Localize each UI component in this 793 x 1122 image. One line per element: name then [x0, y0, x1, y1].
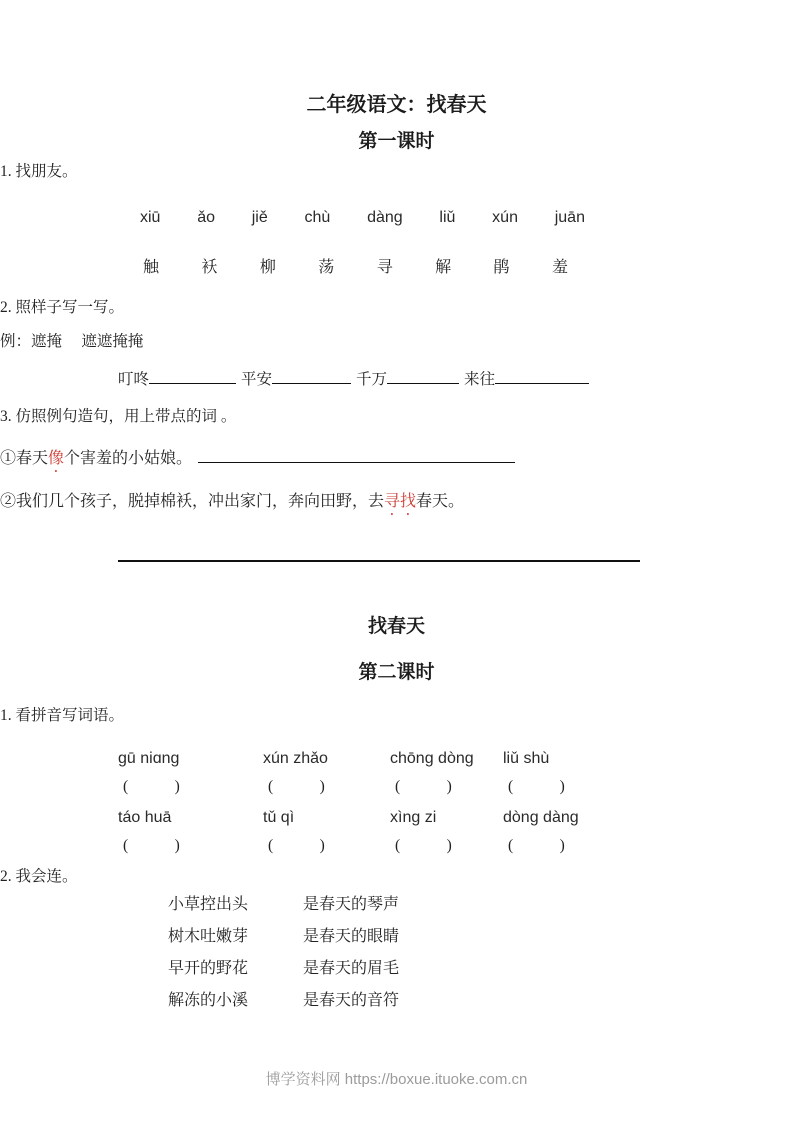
example-sentence-2: ②我们几个孩子，脱掉棉袄，冲出家门，奔向田野，去寻找春天。 [0, 491, 522, 519]
answer-parentheses: ( ) [503, 835, 653, 857]
character-item: 鹃 [494, 257, 510, 279]
pinyin-item: juān [555, 207, 585, 229]
character-item: 寻 [377, 257, 393, 279]
match-right-item: 是春天的琴声 [303, 894, 399, 916]
pinyin-prompt: gū niɑng [118, 748, 263, 770]
emphasized-word: 寻找 [384, 493, 416, 510]
pinyin-prompt: chōng dòng [390, 748, 503, 770]
match-left-item: 小草控出头 [168, 894, 303, 916]
character-item: 荡 [318, 257, 334, 279]
answer-parentheses: ( ) [503, 776, 653, 798]
pinyin-item: xiū [140, 207, 160, 229]
lesson1-heading: 第一课时 [0, 128, 793, 156]
answer-parentheses: ( ) [118, 835, 263, 857]
sentence-text: 个害羞的小姑娘。 [64, 450, 192, 467]
p2-q1-label: 1. 看拼音写词语。 [0, 705, 522, 727]
answer-parentheses: ( ) [263, 776, 390, 798]
pinyin-item: liǔ [439, 207, 455, 229]
lesson2-heading: 第二课时 [0, 659, 793, 687]
pinyin-item: dàng [367, 207, 403, 229]
word-label: 来往 [464, 371, 495, 388]
match-row: 早开的野花 是春天的眉毛 [168, 958, 793, 980]
match-row: 解冻的小溪 是春天的音符 [168, 990, 793, 1012]
blank-group: 叮咚 [118, 367, 236, 391]
answer-parentheses: ( ) [390, 835, 503, 857]
pinyin-cell: dòng dàng ( ) [503, 807, 653, 857]
answer-blank [198, 446, 515, 463]
matching-exercise: 小草控出头 是春天的琴声 树木吐嫩芽 是春天的眼睛 早开的野花 是春天的眉毛 解… [168, 894, 793, 1012]
character-item: 触 [143, 257, 159, 279]
match-left-item: 解冻的小溪 [168, 990, 303, 1012]
answer-blank [149, 367, 236, 384]
pinyin-cell: xìng zi ( ) [390, 807, 503, 857]
match-row: 小草控出头 是春天的琴声 [168, 894, 793, 916]
pinyin-prompt: xìng zi [390, 807, 503, 829]
pinyin-item: xún [492, 207, 518, 229]
pinyin-prompt: dòng dàng [503, 807, 653, 829]
character-item: 袄 [201, 257, 217, 279]
q2-example: 例：遮掩 遮遮掩掩 [0, 331, 522, 353]
answer-parentheses: ( ) [390, 776, 503, 798]
pinyin-cell: gū niɑng ( ) [118, 748, 263, 798]
q2-label: 2. 照样子写一写。 [0, 297, 522, 319]
answer-parentheses: ( ) [118, 776, 263, 798]
match-row: 树木吐嫩芽 是春天的眼睛 [168, 926, 793, 948]
pinyin-item: jiě [252, 207, 268, 229]
character-item: 羞 [552, 257, 568, 279]
footer-watermark-link[interactable]: 博学资料网 https://boxue.ituoke.com.cn [0, 1069, 793, 1091]
q3-label: 3. 仿照例句造句，用上带点的词 。 [0, 406, 522, 428]
example-sentence-1: ①春天像个害羞的小姑娘。 [0, 446, 522, 476]
section-divider [118, 560, 640, 562]
match-right-item: 是春天的音符 [303, 990, 399, 1012]
pinyin-cell: táo huā ( ) [118, 807, 263, 857]
answer-blank [495, 367, 589, 384]
word-label: 平安 [241, 371, 272, 388]
pinyin-prompt: xún zhǎo [263, 748, 390, 770]
character-item: 解 [435, 257, 451, 279]
pinyin-writing-grid: gū niɑng ( ) xún zhǎo ( ) chōng dòng ( )… [118, 748, 653, 857]
sentence-text: ②我们几个孩子，脱掉棉袄，冲出家门，奔向田野，去 [0, 493, 384, 510]
sentence-text: ①春天 [0, 450, 48, 467]
q1-label: 1. 找朋友。 [0, 161, 522, 183]
match-left-item: 树木吐嫩芽 [168, 926, 303, 948]
pinyin-cell: xún zhǎo ( ) [263, 748, 390, 798]
blank-group: 平安 [241, 367, 351, 391]
p2-q2-label: 2. 我会连。 [0, 866, 522, 888]
pinyin-prompt: liǔ shù [503, 748, 653, 770]
character-item: 柳 [260, 257, 276, 279]
q2-blanks-row: 叮咚 平安 千万 来往 [118, 367, 640, 391]
match-left-item: 早开的野花 [168, 958, 303, 980]
answer-parentheses: ( ) [263, 835, 390, 857]
answer-blank [272, 367, 351, 384]
worksheet-page: 二年级语文：找春天 第一课时 1. 找朋友。 xiū ǎo jiě chù dà… [0, 0, 793, 1122]
page-title: 二年级语文：找春天 [0, 0, 793, 120]
pinyin-item: chù [305, 207, 331, 229]
blank-group: 来往 [464, 367, 589, 391]
blank-group: 千万 [356, 367, 459, 391]
pinyin-prompt: táo huā [118, 807, 263, 829]
pinyin-prompt: tǔ qì [263, 807, 390, 829]
character-match-row: 触 袄 柳 荡 寻 解 鹃 羞 [143, 257, 568, 279]
match-right-item: 是春天的眉毛 [303, 958, 399, 980]
pinyin-item: ǎo [197, 207, 215, 229]
word-label: 叮咚 [118, 371, 149, 388]
answer-blank [387, 367, 459, 384]
pinyin-cell: liǔ shù ( ) [503, 748, 653, 798]
sentence-text: 春天。 [416, 493, 464, 510]
emphasized-word: 像 [48, 450, 64, 467]
part2-title: 找春天 [0, 613, 793, 641]
word-label: 千万 [356, 371, 387, 388]
pinyin-cell: tǔ qì ( ) [263, 807, 390, 857]
pinyin-match-row: xiū ǎo jiě chù dàng liǔ xún juān [140, 207, 585, 229]
pinyin-cell: chōng dòng ( ) [390, 748, 503, 798]
match-right-item: 是春天的眼睛 [303, 926, 399, 948]
